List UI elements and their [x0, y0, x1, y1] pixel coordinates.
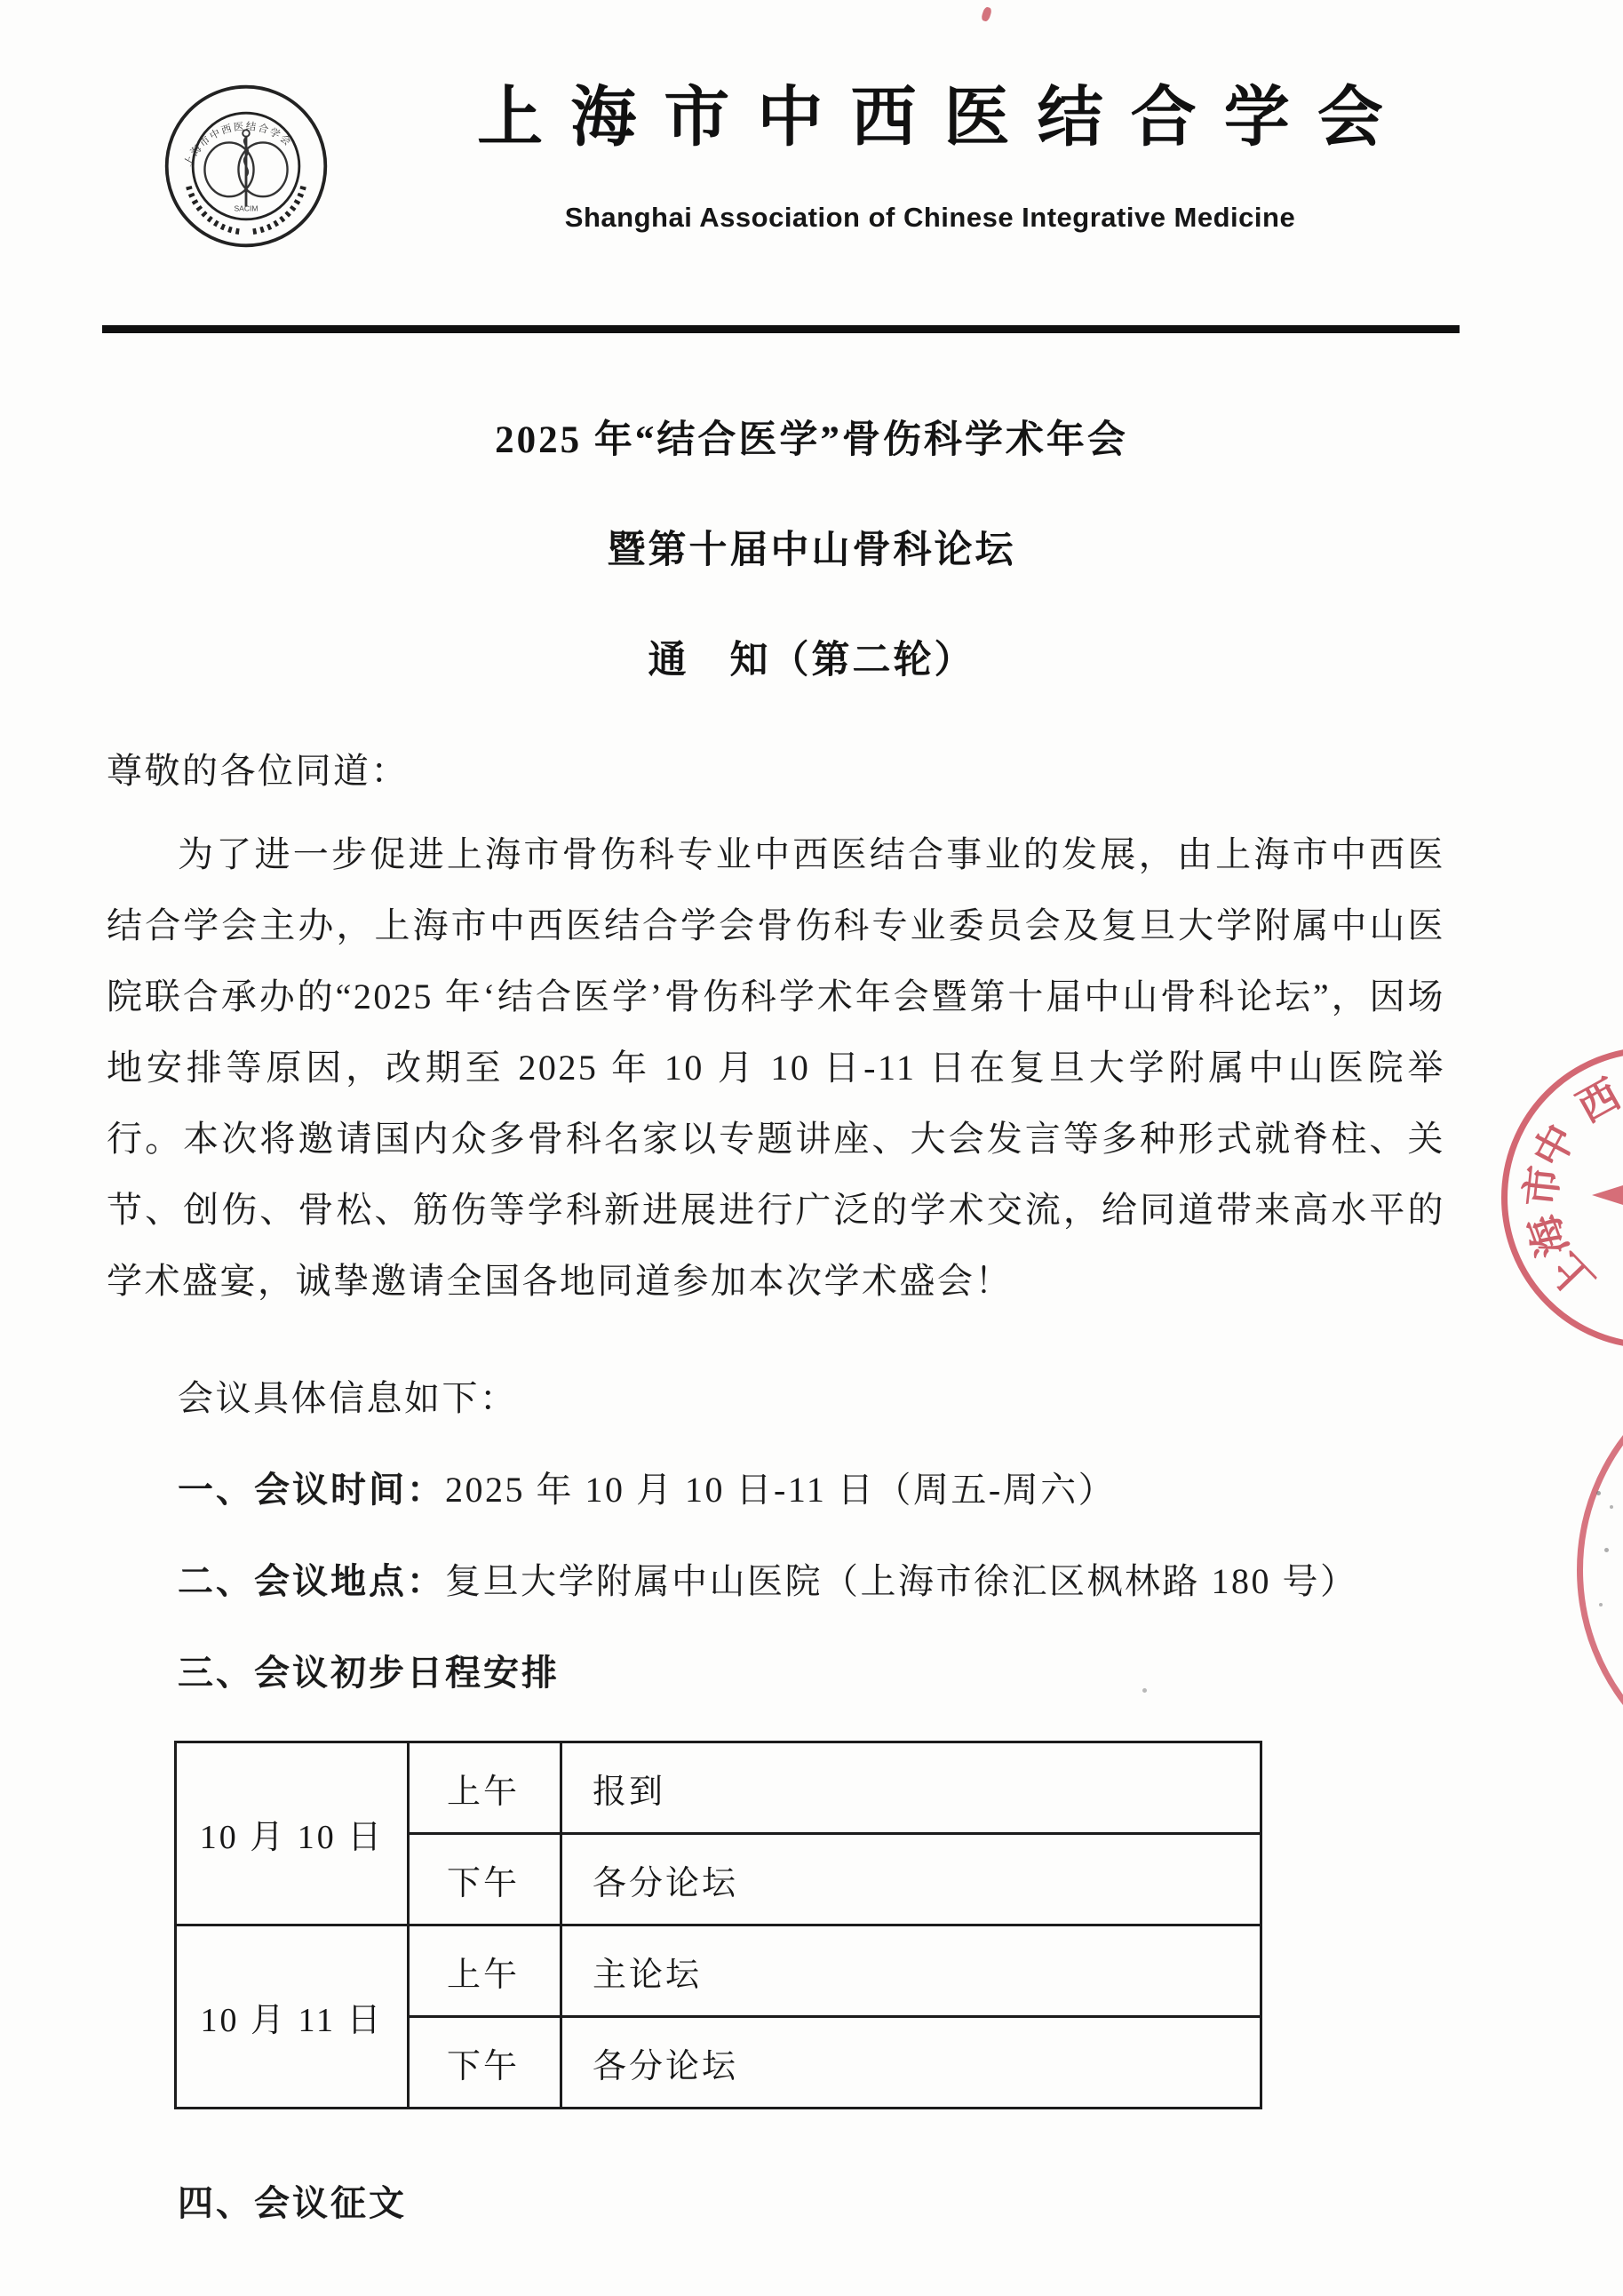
letterhead-text: 上海市中西医结合学会 Shanghai Association of Chine…	[330, 82, 1512, 234]
schedule-time-cell: 上午	[409, 1925, 561, 2017]
notice-body: 尊敬的各位同道： 为了进一步促进上海市骨伤科专业中西医结合事业的发展，由上海市中…	[107, 736, 1445, 1709]
table-row: 10 月 10 日 上午 报到	[176, 1742, 1261, 1834]
scan-artifact	[1142, 1688, 1147, 1693]
table-row: 10 月 11 日 上午 主论坛	[176, 1925, 1261, 2017]
item-meeting-place-value: 复旦大学附属中山医院（上海市徐汇区枫林路 180 号）	[445, 1561, 1358, 1601]
org-name-en: Shanghai Association of Chinese Integrat…	[348, 202, 1512, 234]
notice-title-block: 2025 年“结合医学”骨伤科学术年会 暨第十届中山骨科论坛 通 知（第二轮）	[0, 410, 1623, 684]
notice-title-line1: 2025 年“结合医学”骨伤科学术年会	[0, 410, 1623, 464]
item-meeting-place-label: 二、会议地点：	[178, 1561, 445, 1601]
salutation: 尊敬的各位同道：	[107, 736, 1445, 807]
letterhead: 上海市中西医结合学会 SACIM 上海市中西医结合学会 Shanghai Ass…	[0, 0, 1623, 259]
scan-artifact	[1610, 1505, 1613, 1509]
item-agenda-heading: 三、会议初步日程安排	[107, 1638, 1445, 1709]
schedule-time-cell: 下午	[409, 2017, 561, 2109]
item-papers-heading: 四、会议征文	[107, 2168, 1445, 2239]
schedule-date-oct11: 10 月 11 日	[176, 1925, 409, 2109]
schedule-time-cell: 上午	[409, 1742, 561, 1834]
item-meeting-time-label: 一、会议时间：	[178, 1470, 445, 1510]
scan-artifact	[1599, 1603, 1603, 1606]
schedule-date-oct10: 10 月 10 日	[176, 1742, 409, 1925]
info-intro: 会议具体信息如下：	[107, 1363, 1445, 1434]
schedule-table: 10 月 10 日 上午 报到 下午 各分论坛 10 月 11 日 上午 主论坛…	[174, 1741, 1262, 2109]
schedule-activity-cell: 各分论坛	[561, 1834, 1261, 1925]
scanned-notice-page: 上海市中西医结合学会 SACIM 上海市中西医结合学会 Shanghai Ass…	[0, 0, 1623, 2296]
scan-artifact	[1596, 1491, 1601, 1495]
notice-title-line2: 暨第十届中山骨科论坛	[0, 520, 1623, 574]
schedule-activity-cell: 报到	[561, 1742, 1261, 1834]
item-meeting-place: 二、会议地点：复旦大学附属中山医院（上海市徐汇区枫林路 180 号）	[107, 1546, 1445, 1617]
item-papers-label: 四、会议征文	[178, 2183, 407, 2223]
schedule-time-cell: 下午	[409, 1834, 561, 1925]
item-meeting-time: 一、会议时间：2025 年 10 月 10 日-11 日（周五-周六）	[107, 1455, 1445, 1526]
item-agenda-label: 三、会议初步日程安排	[178, 1653, 560, 1693]
schedule-activity-cell: 各分论坛	[561, 2017, 1261, 2109]
item-meeting-time-value: 2025 年 10 月 10 日-11 日（周五-周六）	[445, 1470, 1116, 1510]
intro-paragraph: 为了进一步促进上海市骨伤科专业中西医结合事业的发展，由上海市中西医结合学会主办，…	[107, 819, 1445, 1317]
logo-acronym: SACIM	[234, 203, 258, 212]
notice-title-line3: 通 知（第二轮）	[0, 630, 1623, 684]
org-name-zh: 上海市中西医结合学会	[348, 82, 1512, 155]
association-seal-logo: 上海市中西医结合学会 SACIM	[162, 82, 330, 251]
scan-artifact	[1604, 1548, 1609, 1552]
schedule-activity-cell: 主论坛	[561, 1925, 1261, 2017]
letterhead-divider	[102, 325, 1460, 333]
red-seal-lower	[1577, 1350, 1623, 1790]
